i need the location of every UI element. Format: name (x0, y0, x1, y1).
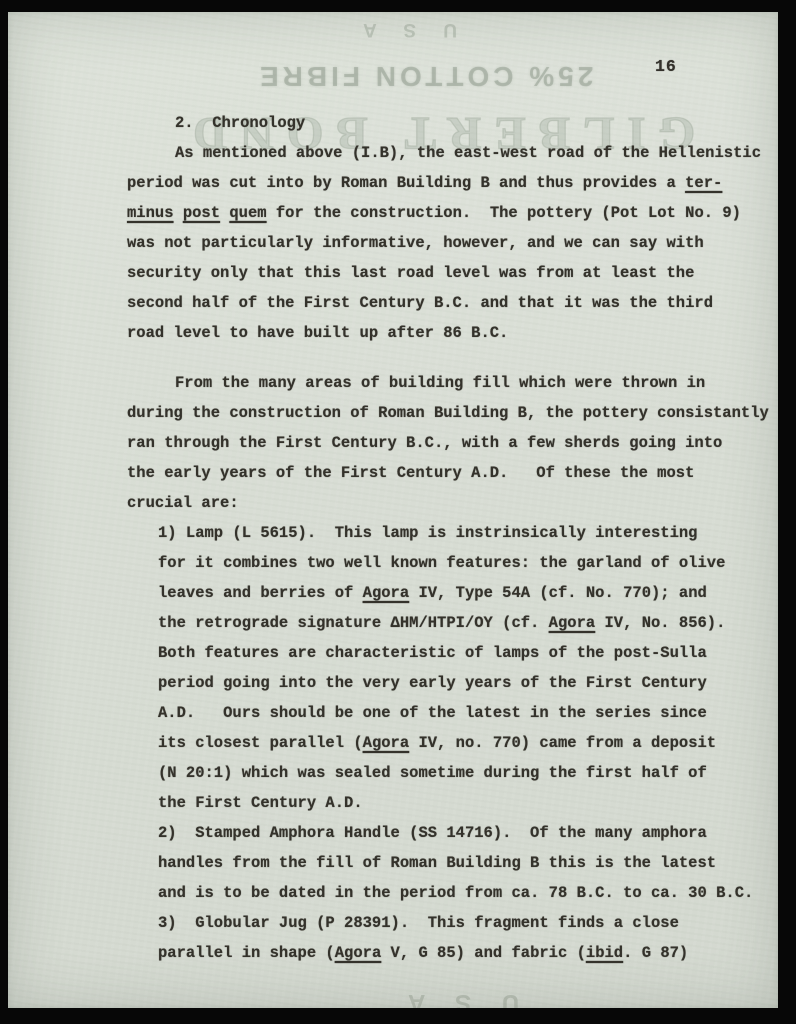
text-segment: the retrograde signature ΔHM/HTPI/OY (cf… (158, 614, 549, 632)
document-line: period was cut into by Roman Building B … (127, 168, 775, 198)
text-segment: handles from the fill of Roman Building … (158, 854, 716, 872)
document-line: security only that this last road level … (127, 258, 775, 288)
page-number: 16 (655, 56, 677, 78)
document-line: during the construction of Roman Buildin… (127, 398, 775, 428)
watermark-usa-bottom: U S A (396, 988, 519, 1008)
text-segment: period was cut into by Roman Building B … (127, 174, 685, 192)
document-line: handles from the fill of Roman Building … (127, 848, 775, 878)
document-line: 2) Stamped Amphora Handle (SS 14716). Of… (127, 818, 775, 848)
underlined-text: Agora (549, 614, 596, 632)
document-line: A.D. Ours should be one of the latest in… (127, 698, 775, 728)
section-heading: 2. Chronology (127, 108, 775, 138)
text-segment (174, 204, 183, 222)
text-segment: its closest parallel ( (158, 734, 363, 752)
text-segment: IV, No. 856). (595, 614, 725, 632)
underlined-text: Agora (363, 734, 410, 752)
document-line: (N 20:1) which was sealed sometime durin… (127, 758, 775, 788)
text-segment (220, 204, 229, 222)
text-segment: A.D. Ours should be one of the latest in… (158, 704, 707, 722)
underlined-text: post (183, 204, 220, 222)
watermark-cotton-fibre: 25% COTTON FIBRE (256, 60, 593, 92)
text-segment: second half of the First Century B.C. an… (127, 294, 713, 312)
text-segment: was not particularly informative, howeve… (127, 234, 704, 252)
scan-background: U S A 25% COTTON FIBRE GILBERT BOND U S … (0, 0, 796, 1024)
underlined-text: ibid (586, 944, 623, 962)
underlined-text: ter- (685, 174, 722, 192)
document-line: and is to be dated in the period from ca… (127, 878, 775, 908)
text-segment: and is to be dated in the period from ca… (158, 884, 753, 902)
text-segment: From the many areas of building fill whi… (175, 374, 705, 392)
document-line: the retrograde signature ΔHM/HTPI/OY (cf… (127, 608, 775, 638)
underlined-text: quem (229, 204, 266, 222)
text-segment: As mentioned above (I.B), the east-west … (175, 144, 761, 162)
underlined-text: Agora (335, 944, 382, 962)
document-line: period going into the very early years o… (127, 668, 775, 698)
document-line: second half of the First Century B.C. an… (127, 288, 775, 318)
text-segment: 1) Lamp (L 5615). This lamp is instrinsi… (158, 524, 698, 542)
text-segment: the First Century A.D. (158, 794, 363, 812)
typewritten-lines: As mentioned above (I.B), the east-west … (127, 138, 775, 968)
text-segment: security only that this last road level … (127, 264, 694, 282)
text-segment: . G 87) (623, 944, 688, 962)
document-line: ran through the First Century B.C., with… (127, 428, 775, 458)
document-line: the early years of the First Century A.D… (127, 458, 775, 488)
text-segment: parallel in shape ( (158, 944, 335, 962)
document-line: the First Century A.D. (127, 788, 775, 818)
document-line: From the many areas of building fill whi… (127, 368, 775, 398)
document-line: leaves and berries of Agora IV, Type 54A… (127, 578, 775, 608)
text-segment: Both features are characteristic of lamp… (158, 644, 707, 662)
document-line: road level to have built up after 86 B.C… (127, 318, 775, 348)
document-line: crucial are: (127, 488, 775, 518)
text-segment: IV, Type 54A (cf. No. 770); and (409, 584, 707, 602)
document-line: for it combines two well known features:… (127, 548, 775, 578)
text-segment: for it combines two well known features:… (158, 554, 725, 572)
document-line: 1) Lamp (L 5615). This lamp is instrinsi… (127, 518, 775, 548)
underlined-text: Agora (363, 584, 410, 602)
document-line: As mentioned above (I.B), the east-west … (127, 138, 775, 168)
text-segment: leaves and berries of (158, 584, 363, 602)
document-line: 3) Globular Jug (P 28391). This fragment… (127, 908, 775, 938)
text-segment: (N 20:1) which was sealed sometime durin… (158, 764, 707, 782)
watermark-usa-top: U S A (352, 18, 457, 40)
document-line: Both features are characteristic of lamp… (127, 638, 775, 668)
text-segment: the early years of the First Century A.D… (127, 464, 694, 482)
text-segment: during the construction of Roman Buildin… (127, 404, 769, 422)
document-line: minus post quem for the construction. Th… (127, 198, 775, 228)
text-segment: V, G 85) and fabric ( (381, 944, 586, 962)
document-line: was not particularly informative, howeve… (127, 228, 775, 258)
text-segment: 2) Stamped Amphora Handle (SS 14716). Of… (158, 824, 707, 842)
text-segment: ran through the First Century B.C., with… (127, 434, 722, 452)
typewritten-text: 2. Chronology As mentioned above (I.B), … (127, 108, 775, 968)
text-segment: period going into the very early years o… (158, 674, 707, 692)
underlined-text: minus (127, 204, 174, 222)
document-line: parallel in shape (Agora V, G 85) and fa… (127, 938, 775, 968)
text-segment: crucial are: (127, 494, 239, 512)
text-segment: road level to have built up after 86 B.C… (127, 324, 508, 342)
text-segment: for the construction. The pottery (Pot L… (267, 204, 741, 222)
text-segment: IV, no. 770) came from a deposit (409, 734, 716, 752)
document-line: its closest parallel (Agora IV, no. 770)… (127, 728, 775, 758)
paper-sheet: U S A 25% COTTON FIBRE GILBERT BOND U S … (8, 12, 778, 1008)
text-segment: 3) Globular Jug (P 28391). This fragment… (158, 914, 679, 932)
